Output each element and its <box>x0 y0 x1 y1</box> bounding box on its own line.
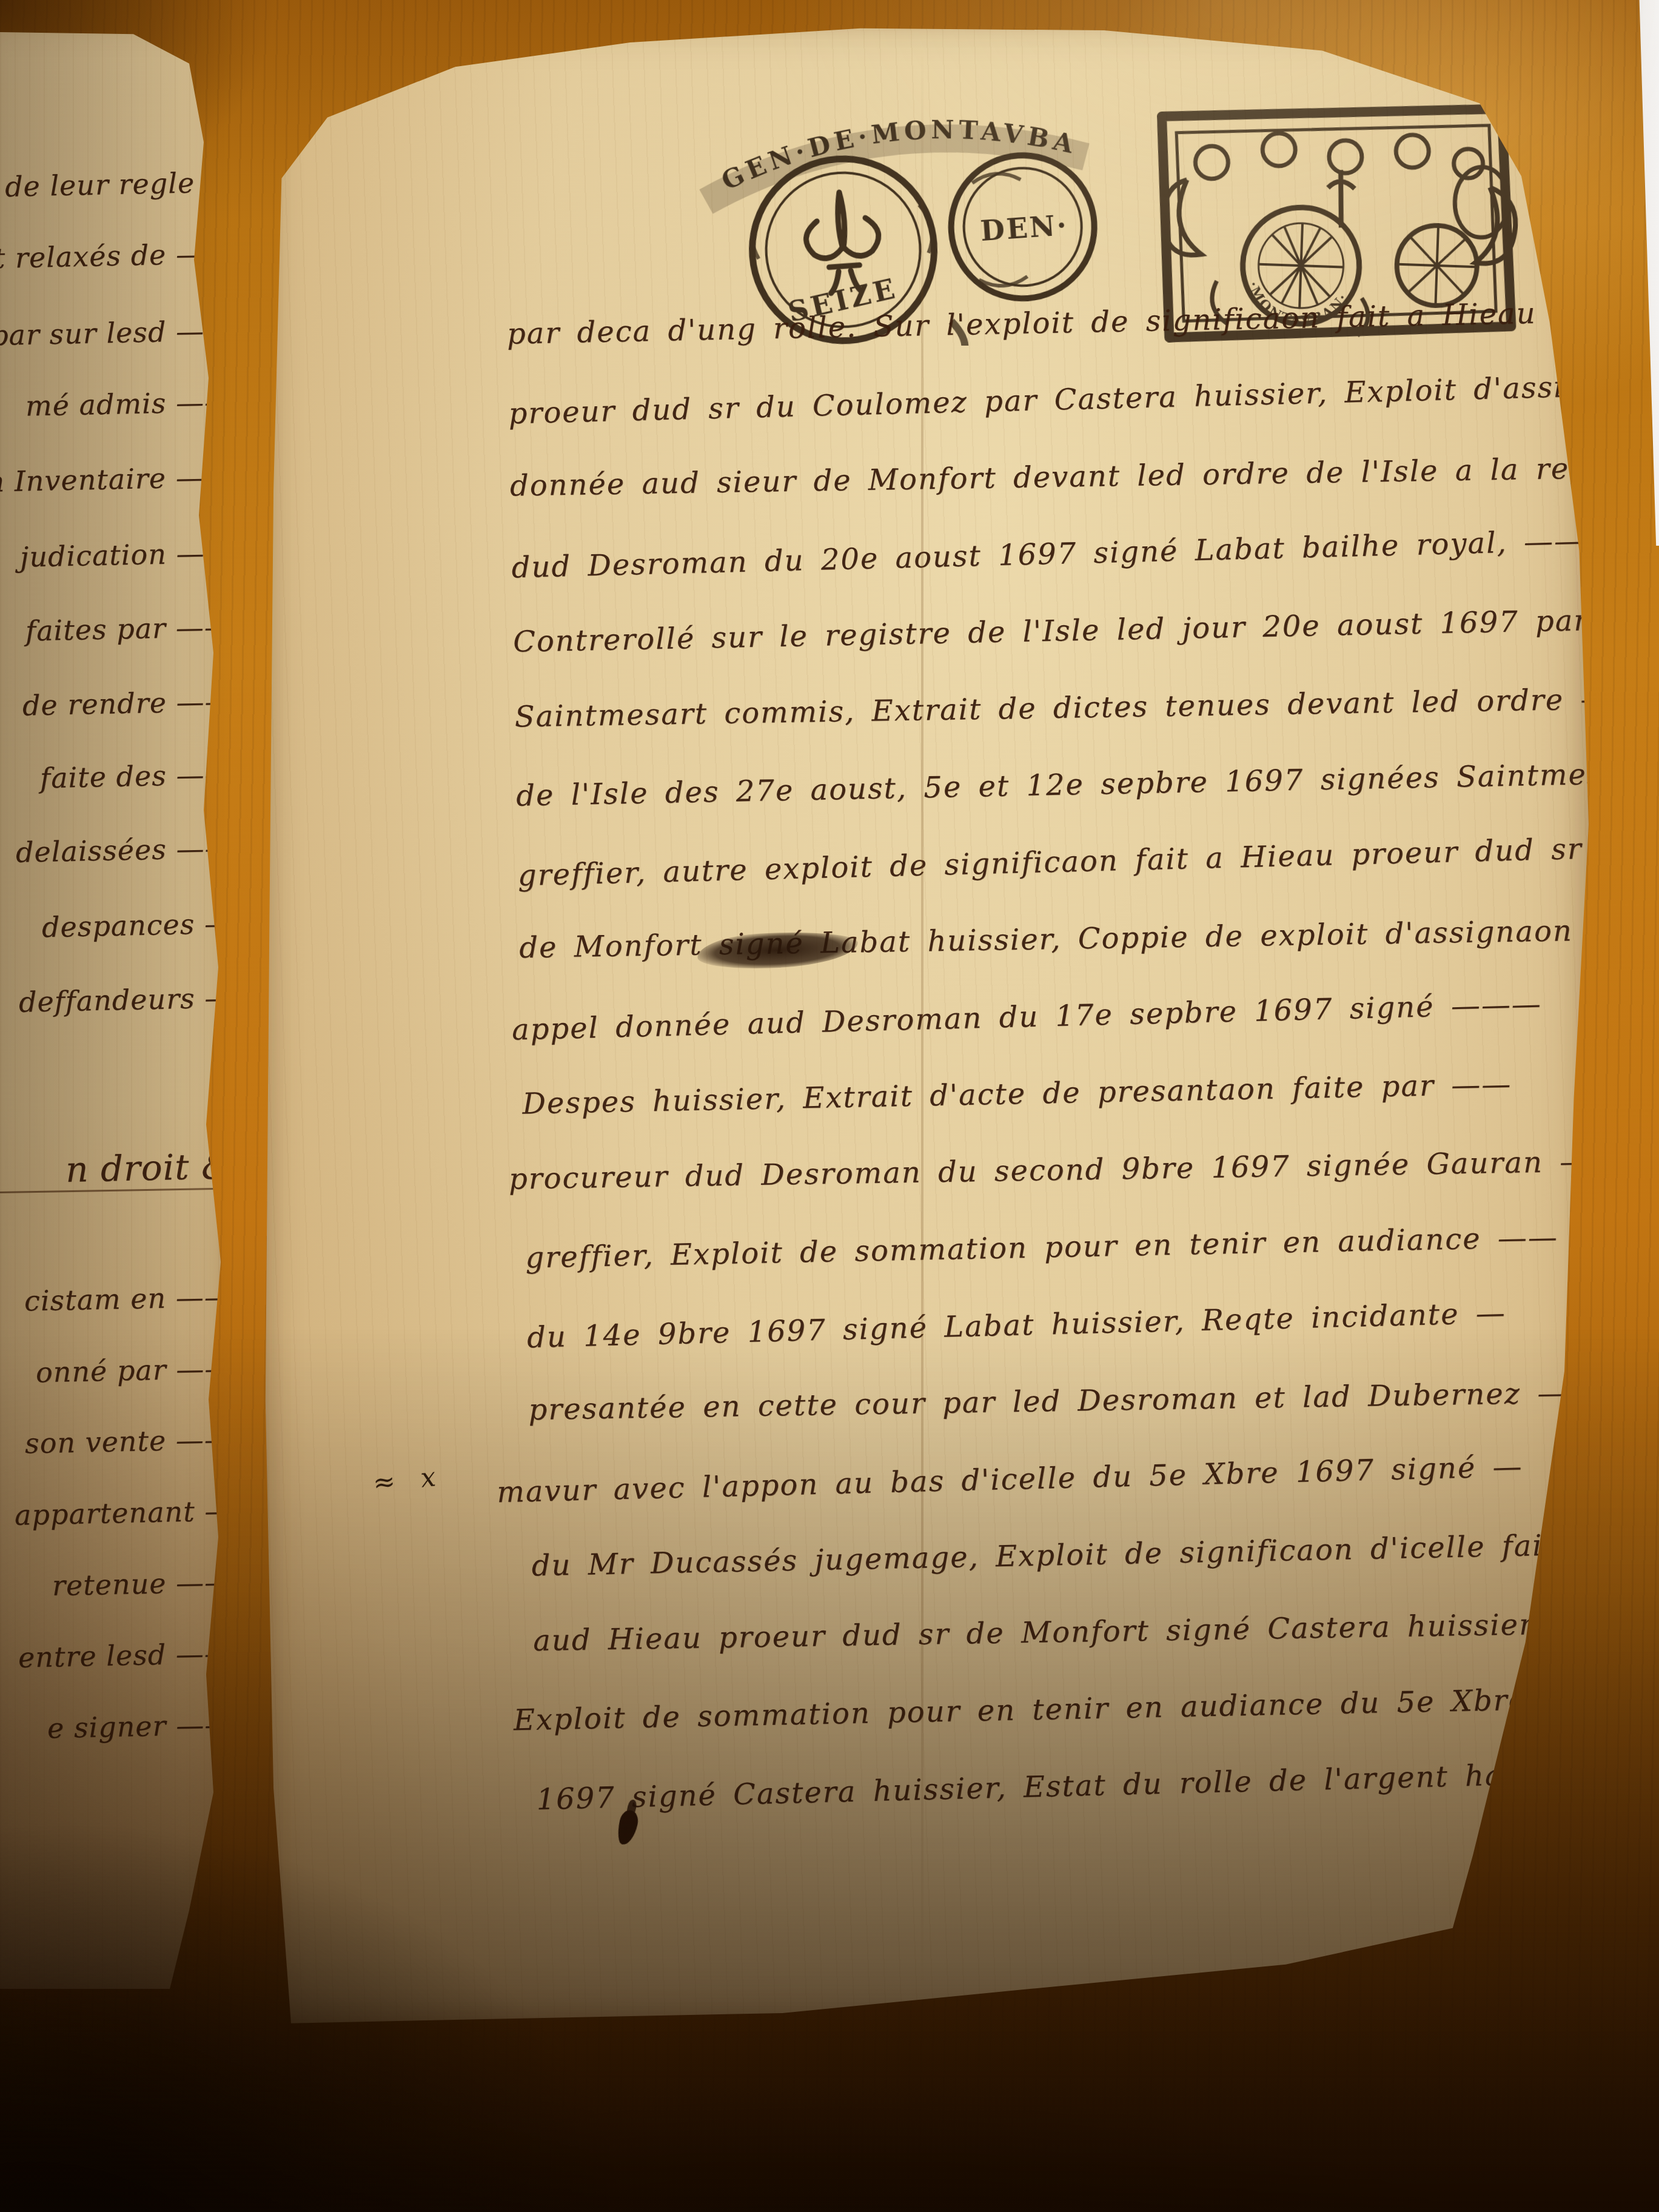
photograph-of-manuscript: de leur regle —it relaxés de ——par sur l… <box>0 0 1659 2212</box>
stamp-den-text: DEN· <box>979 209 1069 247</box>
left-page-line-fragment: faites par —— <box>25 610 233 647</box>
left-page-line-fragment: it relaxés de —— <box>0 237 233 275</box>
stamp-banner-text: GEN·DE·MONTAVBAN <box>691 85 1083 200</box>
left-page-line-fragment: de leur regle — <box>5 166 233 203</box>
left-page-line-fragment: e signer —— <box>47 1708 233 1744</box>
left-page-line-fragment: son vente —— <box>25 1423 233 1460</box>
left-page-line-fragment: onné par —— <box>35 1352 233 1389</box>
margin-mark: ≈ x <box>372 1461 446 1499</box>
left-page-line-fragment: retenue —— <box>52 1566 233 1602</box>
left-page-line-fragment: appartenant — <box>14 1494 233 1532</box>
left-page-line-fragment: despances — <box>41 907 233 944</box>
left-page-line-fragment: judication —— <box>19 536 233 573</box>
left-page-line-fragment: delaissées —— <box>15 831 233 868</box>
white-sheet-corner <box>1586 0 1659 546</box>
left-page-line-fragment: son Inventaire —— <box>0 460 233 499</box>
left-page-fragments: de leur regle —it relaxés de ——par sur l… <box>0 24 243 1989</box>
left-page-line-fragment: deffandeurs — <box>18 981 233 1018</box>
left-page: de leur regle —it relaxés de ——par sur l… <box>0 24 243 1989</box>
manuscript-text-block: par deca d'ung rolle. Sur l'exploit de s… <box>506 275 1604 1836</box>
manuscript-page: GEN·DE·MONTAVBAN SEIZE <box>255 6 1601 2031</box>
left-page-line-fragment: entre lesd —— <box>18 1637 233 1674</box>
left-page-line-fragment: de rendre —— <box>22 685 233 722</box>
left-page-line-fragment: cistam en —— <box>24 1280 233 1317</box>
left-page-line-fragment: n droit & <box>65 1145 233 1190</box>
left-page-line-fragment: faite des —— <box>39 758 233 795</box>
left-page-line-fragment: mé admis —— <box>25 385 233 422</box>
left-page-line-fragment: par sur lesd —— <box>0 314 233 352</box>
